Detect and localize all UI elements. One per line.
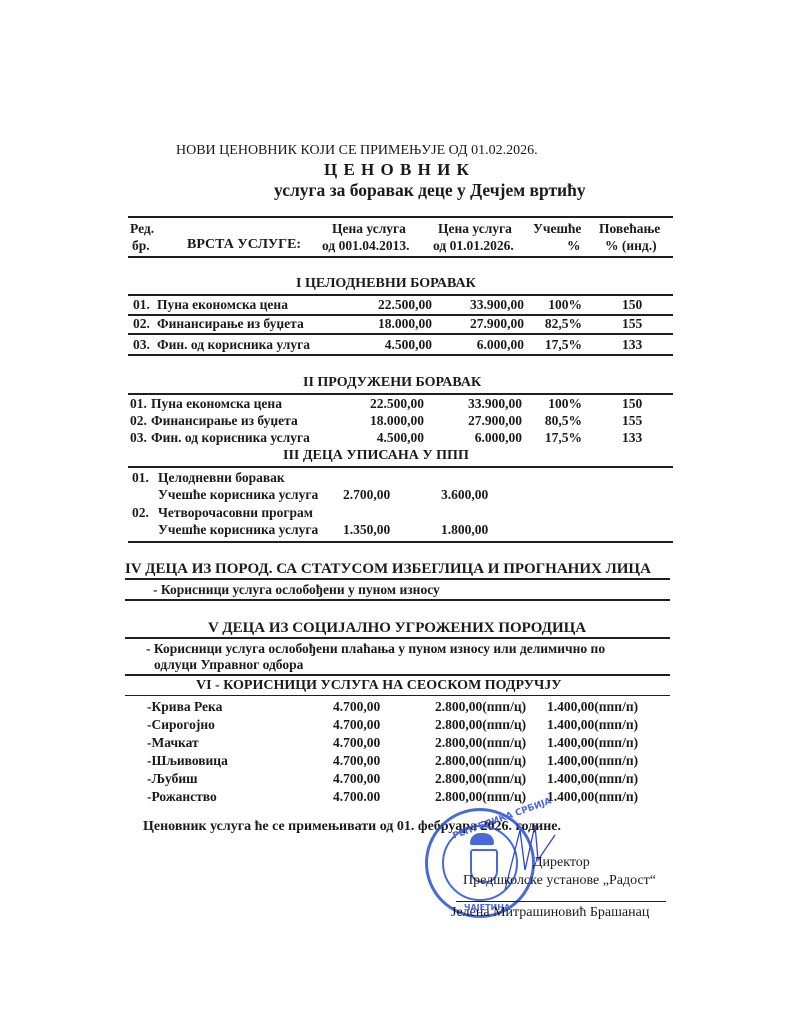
price-old: 4.500,00 [332,430,424,446]
price-new: 27.900,00 [428,413,522,429]
row-number: 01. [130,396,147,412]
col-no-label: Ред. [130,221,154,237]
divider [128,216,673,218]
section-3-title: III ДЕЦА УПИСАНА У ППП [283,448,469,464]
section-4-note: - Корисници услуга ослобођени у пуном из… [153,582,440,598]
price-ppp-half-day: 1.400,00(ппп/п) [547,771,638,787]
share-percent: 17,5% [530,430,582,446]
price-ppp-half-day: 1.400,00(ппп/п) [547,789,638,805]
price-new: 1.800,00 [441,522,488,538]
divider [128,256,673,258]
row-divider [128,333,673,335]
divider [128,541,673,543]
price-ppp-half-day: 1.400,00(ппп/п) [547,753,638,769]
share-percent: 82,5% [530,316,582,332]
share-percent: 100% [530,297,582,313]
place-name: -Љубиш [147,771,198,787]
divider [128,393,673,395]
document-subtitle: услуга за боравак деце у Дечјем вртићу [274,180,586,201]
price-old: 22.500,00 [332,396,424,412]
col-price-new-header: Цена услуга [438,221,512,237]
share-percent: 100% [530,396,582,412]
divider [125,637,670,639]
increase-index: 133 [622,430,642,446]
place-name: -Шљивовица [147,753,228,769]
col-price-old-header: Цена услуга [332,221,406,237]
increase-index: 150 [622,396,642,412]
section-2-title: II ПРОДУЖЕНИ БОРАВАК [303,375,481,391]
price-old: 22.500,00 [340,297,432,313]
col-increase-header-2: % (инд.) [605,238,657,254]
price-new: 3.600,00 [441,487,488,503]
divider [125,578,670,580]
institution-name: Предшколске установе „Радост“ [463,873,656,889]
row-number: 03. [133,337,150,353]
share-percent: 17,5% [530,337,582,353]
increase-index: 155 [622,413,642,429]
col-share-header: Учешће [533,221,581,237]
row-divider [128,354,673,356]
price-full: 4.700,00 [333,699,380,715]
row-heading: Целодневни боравак [158,470,285,486]
price-new: 27.900,00 [430,316,524,332]
row-label: Учешће корисника услуга [158,522,318,538]
divider [125,695,670,696]
price-full: 4.700,00 [333,753,380,769]
row-number: 02. [130,413,147,429]
price-ppp-half-day: 1.400,00(ппп/п) [547,699,638,715]
place-name: -Мачкат [147,735,199,751]
price-new: 6.000,00 [430,337,524,353]
row-label: Фин. од корисника услуга [151,430,310,446]
price-full: 4.700,00 [333,771,380,787]
divider [125,674,670,676]
intro-line: НОВИ ЦЕНОВНИК КОЈИ СЕ ПРИМЕЊУЈЕ ОД 01.02… [176,143,538,159]
share-percent: 80,5% [530,413,582,429]
row-label: Фин. од корисника улуга [157,337,310,353]
price-full: 4.700,00 [333,717,380,733]
row-number: 02. [132,505,149,521]
section-6-title: VI - КОРИСНИЦИ УСЛУГА НА СЕОСКОМ ПОДРУЧЈ… [196,678,562,694]
section-4-title: IV ДЕЦА ИЗ ПОРОД. СА СТАТУСОМ ИЗБЕГЛИЦА … [125,561,651,578]
price-ppp-half-day: 1.400,00(ппп/п) [547,717,638,733]
col-price-old-header-2: од 001.04.2013. [322,238,409,254]
row-number: 03. [130,430,147,446]
document-title: Ц Е Н О В Н И К [324,160,470,180]
price-old: 4.500,00 [340,337,432,353]
price-ppp-full-day: 2.800,00(ппп/ц) [435,771,526,787]
price-ppp-full-day: 2.800,00(ппп/ц) [435,717,526,733]
row-number: 01. [132,470,149,486]
row-number: 01. [133,297,150,313]
price-ppp-full-day: 2.800,00(ппп/ц) [435,789,526,805]
place-name: -Рожанство [147,789,217,805]
signature-line [456,901,666,902]
divider [128,466,673,468]
signatory-name: Јелена Митрашиновић Брашанац [451,905,649,921]
row-heading: Четворочасовни програм [158,505,313,521]
col-share-header-2: % [567,238,581,254]
price-old: 18.000,00 [340,316,432,332]
row-label: Финансирање из буџета [157,316,304,332]
director-role: Директор [533,855,590,871]
place-name: -Сирогојно [147,717,215,733]
price-ppp-half-day: 1.400,00(ппп/п) [547,735,638,751]
price-ppp-full-day: 2.800,00(ппп/ц) [435,735,526,751]
divider [125,599,670,601]
section-1-title: I ЦЕЛОДНЕВНИ БОРАВАК [296,276,476,292]
place-name: -Крива Река [147,699,222,715]
section-5-title: V ДЕЦА ИЗ СОЦИЈАЛНО УГРОЖЕНИХ ПОРОДИЦА [208,620,586,637]
section-5-note: - Корисници услуга ослобођени плаћања у … [146,641,605,657]
price-old: 2.700,00 [343,487,390,503]
section-5-note-2: одлуци Управног одбора [154,657,303,673]
divider [128,294,673,296]
row-label: Пуна економска цена [157,297,288,313]
col-type-header: ВРСТА УСЛУГЕ: [187,237,301,253]
price-new: 33.900,00 [430,297,524,313]
row-label: Пуна економска цена [151,396,282,412]
row-label: Финансирање из буџета [151,413,298,429]
increase-index: 155 [622,316,642,332]
price-ppp-full-day: 2.800,00(ппп/ц) [435,753,526,769]
row-label: Учешће корисника услуга [158,487,318,503]
increase-index: 133 [622,337,642,353]
price-full: 4.700,00 [333,735,380,751]
price-old: 1.350,00 [343,522,390,538]
price-ppp-full-day: 2.800,00(ппп/ц) [435,699,526,715]
col-price-new-header-2: од 01.01.2026. [433,238,514,254]
price-new: 33.900,00 [428,396,522,412]
price-new: 6.000,00 [428,430,522,446]
increase-index: 150 [622,297,642,313]
price-old: 18.000,00 [332,413,424,429]
col-no-label-2: бр. [132,238,150,254]
crown-icon [470,833,494,845]
row-number: 02. [133,316,150,332]
col-increase-header: Повећање [599,221,660,237]
price-full: 4.700.00 [333,789,380,805]
